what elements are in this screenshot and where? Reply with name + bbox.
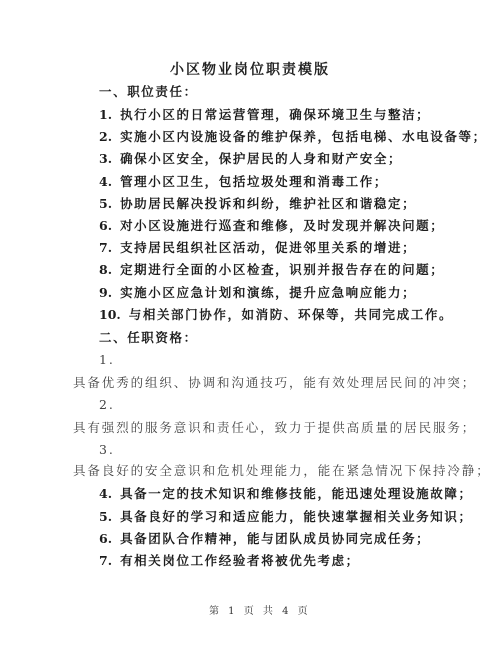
item-text: 执行小区的日常运营管理，确保环境卫生与整洁； bbox=[120, 107, 430, 122]
item-number: 6. bbox=[99, 218, 112, 233]
item-number: 8. bbox=[99, 262, 112, 277]
responsibility-item: 4.管理小区卫生，包括垃圾处理和消毒工作； bbox=[99, 174, 388, 190]
qualification-text: 具有强烈的服务意识和责任心，致力于提供高质量的居民服务； bbox=[73, 420, 476, 436]
responsibility-item: 9.实施小区应急计划和演练，提升应急响应能力； bbox=[99, 285, 416, 301]
qualification-number: 2. bbox=[99, 397, 115, 413]
item-text: 有相关岗位工作经验者将被优先考虑； bbox=[120, 553, 360, 568]
item-text: 对小区设施进行巡查和维修，及时发现并解决问题； bbox=[120, 218, 444, 233]
responsibility-item: 7.支持居民组织社区活动，促进邻里关系的增进； bbox=[99, 240, 416, 256]
page-number-footer: 第 1 页 共 4 页 bbox=[209, 604, 311, 620]
item-number: 3. bbox=[99, 151, 112, 166]
qualification-text: 具备优秀的组织、协调和沟通技巧，能有效处理居民间的冲突； bbox=[73, 375, 476, 391]
item-number: 7. bbox=[99, 240, 112, 255]
item-text: 具备一定的技术知识和维修技能，能迅速处理设施故障； bbox=[120, 486, 473, 501]
responsibility-item: 8.定期进行全面的小区检查，识别并报告存在的问题； bbox=[99, 262, 444, 278]
item-text: 管理小区卫生，包括垃圾处理和消毒工作； bbox=[120, 174, 388, 189]
item-text: 具备团队合作精神，能与团队成员协同完成任务； bbox=[120, 531, 430, 546]
section-heading-responsibilities: 一、职位责任： bbox=[99, 84, 198, 100]
responsibility-item: 1.执行小区的日常运营管理，确保环境卫生与整洁； bbox=[99, 107, 430, 123]
item-number: 1. bbox=[99, 107, 112, 122]
item-text: 与相关部门协作，如消防、环保等，共同完成工作。 bbox=[129, 307, 453, 322]
qualification-item: 5.具备良好的学习和适应能力，能快速掌握相关业务知识； bbox=[99, 509, 473, 525]
responsibility-item: 6.对小区设施进行巡查和维修，及时发现并解决问题； bbox=[99, 218, 444, 234]
section-heading-qualifications: 二、任职资格： bbox=[99, 330, 198, 346]
qualification-item: 6.具备团队合作精神，能与团队成员协同完成任务； bbox=[99, 531, 430, 547]
item-number: 5. bbox=[99, 196, 112, 211]
qualification-number: 3. bbox=[99, 442, 115, 458]
item-text: 具备良好的学习和适应能力，能快速掌握相关业务知识； bbox=[120, 509, 473, 524]
document-title: 小区物业岗位职责模版 bbox=[170, 62, 330, 78]
item-number: 7. bbox=[99, 553, 112, 568]
document-page: 小区物业岗位职责模版 一、职位责任： 1.执行小区的日常运营管理，确保环境卫生与… bbox=[0, 0, 500, 647]
qualification-item: 4.具备一定的技术知识和维修技能，能迅速处理设施故障； bbox=[99, 486, 473, 502]
responsibility-item: 5.协助居民解决投诉和纠纷，维护社区和谐稳定； bbox=[99, 196, 416, 212]
item-number: 10. bbox=[99, 307, 121, 322]
item-text: 协助居民解决投诉和纠纷，维护社区和谐稳定； bbox=[120, 196, 416, 211]
responsibility-item: 2.实施小区内设施设备的维护保养，包括电梯、水电设备等； bbox=[99, 129, 487, 145]
responsibility-item: 3.确保小区安全，保护居民的人身和财产安全； bbox=[99, 151, 402, 167]
item-number: 9. bbox=[99, 285, 112, 300]
item-number: 5. bbox=[99, 509, 112, 524]
qualification-item: 7.有相关岗位工作经验者将被优先考虑； bbox=[99, 553, 360, 569]
item-text: 实施小区内设施设备的维护保养，包括电梯、水电设备等； bbox=[120, 129, 487, 144]
responsibility-item: 10.与相关部门协作，如消防、环保等，共同完成工作。 bbox=[99, 307, 453, 323]
item-text: 定期进行全面的小区检查，识别并报告存在的问题； bbox=[120, 262, 444, 277]
item-number: 4. bbox=[99, 486, 112, 501]
qualification-number: 1. bbox=[99, 352, 115, 368]
item-text: 支持居民组织社区活动，促进邻里关系的增进； bbox=[120, 240, 416, 255]
item-number: 6. bbox=[99, 531, 112, 546]
item-number: 4. bbox=[99, 174, 112, 189]
qualification-text: 具备良好的安全意识和危机处理能力，能在紧急情况下保持冷静； bbox=[73, 463, 491, 479]
item-text: 实施小区应急计划和演练，提升应急响应能力； bbox=[120, 285, 416, 300]
item-number: 2. bbox=[99, 129, 112, 144]
item-text: 确保小区安全，保护居民的人身和财产安全； bbox=[120, 151, 402, 166]
